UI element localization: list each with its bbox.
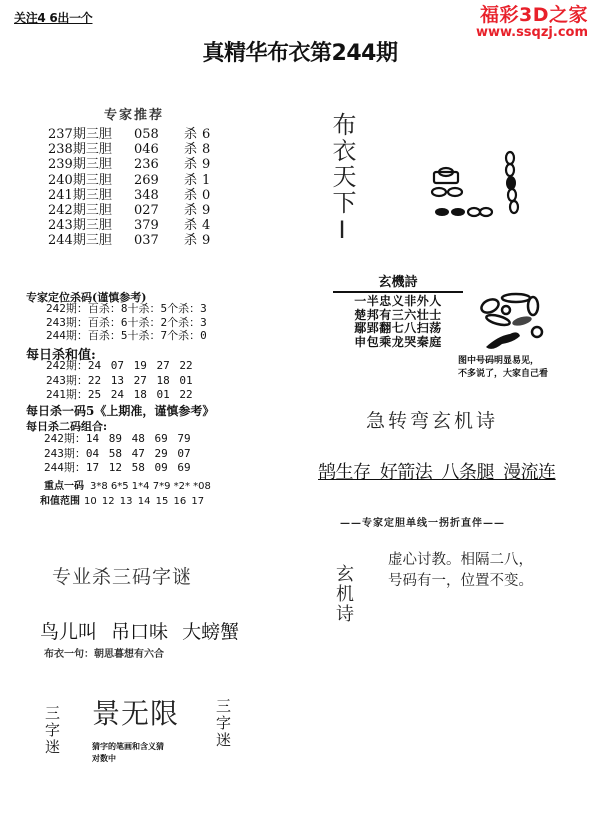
poem-title: 玄機詩: [333, 271, 463, 293]
poem-line: 申包乘龙哭秦庭: [333, 336, 463, 350]
kill-label: 杀: [184, 157, 202, 172]
buyi-line: 布衣一句：朝思暮想有六合: [44, 645, 164, 660]
period: 240期三胆: [48, 173, 134, 188]
list-item: 242期：百杀：8十杀：5个杀：3: [46, 302, 207, 316]
nums: 037: [134, 233, 184, 248]
poem-line: 号码有一，位置不变。: [388, 571, 533, 592]
nums: 236: [134, 157, 184, 172]
period: 241期三胆: [48, 188, 134, 203]
poem-line: 鄢郢翻七八扫荡: [333, 322, 463, 336]
nums: 348: [134, 188, 184, 203]
top-note: 关注4 6出一个: [14, 9, 92, 26]
kill-value: 0: [202, 188, 210, 203]
nums: 058: [134, 127, 184, 142]
scene-note: 猜字的笔画和含义猜对数中: [92, 740, 164, 764]
expert-line: ——专家定胆单线一拐折直伴——: [340, 514, 505, 529]
period: 237期三胆: [48, 127, 134, 142]
kill-label: 杀: [184, 173, 202, 188]
key-code-label: 重点一码: [44, 481, 84, 492]
shoe-rings-icon: [478, 292, 558, 352]
position-kill-list: 242期：百杀：8十杀：5个杀：3 243期：百杀：6十杀：2个杀：3 244期…: [46, 302, 207, 343]
riddle-poem-title: 急转弯玄机诗: [366, 406, 498, 433]
list-item: 242期：14 89 48 69 79: [44, 432, 191, 447]
table-row: 237期三胆058杀6: [48, 127, 210, 142]
kill-label: 杀: [184, 218, 202, 233]
caption-line: 图中号码明显易见，: [458, 355, 548, 368]
kill-label: 杀: [184, 127, 202, 142]
nums: 046: [134, 142, 184, 157]
kill-value: 4: [202, 218, 210, 233]
period: 244期三胆: [48, 233, 134, 248]
image-caption: 图中号码明显易见， 不多说了，大家自己看: [458, 355, 548, 381]
recommend-table: 237期三胆058杀6 238期三胆046杀8 239期三胆236杀9 240期…: [48, 127, 210, 249]
nums: 027: [134, 203, 184, 218]
kill-label: 杀: [184, 142, 202, 157]
sum-range-values: 10 12 13 14 15 16 17: [84, 496, 204, 507]
key-code-row: 重点一码3*8 6*5 1*4 7*9 *2* *08: [44, 477, 211, 492]
ingot-chain-image: [430, 150, 530, 222]
table-row: 238期三胆046杀8: [48, 142, 210, 157]
riddle-title: 专业杀三码字谜: [52, 562, 192, 589]
period: 238期三胆: [48, 142, 134, 157]
table-row: 240期三胆269杀1: [48, 173, 210, 188]
scene-riddle: 景无限: [92, 692, 179, 732]
kill-label: 杀: [184, 203, 202, 218]
table-row: 244期三胆037杀9: [48, 233, 210, 248]
poem-line: 虚心讨教。相隔二八，: [388, 550, 533, 571]
sum-kill-list: 242期：24 07 19 27 22 243期：22 13 27 18 01 …: [46, 359, 193, 403]
sum-range-row: 和值范围10 12 13 14 15 16 17: [40, 492, 204, 507]
nums: 269: [134, 173, 184, 188]
period: 239期三胆: [48, 157, 134, 172]
table-row: 241期三胆348杀0: [48, 188, 210, 203]
period: 242期三胆: [48, 203, 134, 218]
table-row: 243期三胆379杀4: [48, 218, 210, 233]
table-row: 239期三胆236杀9: [48, 157, 210, 172]
one-code-title: 每日杀一码5《上期准，谨慎参考》: [26, 402, 214, 419]
kill-value: 6: [202, 127, 210, 142]
list-item: 241期：25 24 18 01 22: [46, 388, 193, 403]
riddle-poem-words: 鹄生存 好箭法 八条腿 漫流连: [318, 458, 556, 484]
riddle-vertical-right: 三字迷: [213, 698, 234, 749]
kill-label: 杀: [184, 188, 202, 203]
list-item: 244期：百杀：5十杀：7个杀：0: [46, 329, 207, 343]
recommend-title: 专家推荐: [104, 104, 164, 123]
xuanji-vertical: 玄机诗: [335, 564, 357, 624]
kill-value: 9: [202, 233, 210, 248]
list-item: 243期：百杀：6十杀：2个杀：3: [46, 316, 207, 330]
brand-logo[interactable]: 福彩3D之家 www.ssqzj.com: [476, 4, 588, 40]
poem-box: 玄機詩 一半忠义非外人 楚邦有三六壮士 鄢郢翻七八扫荡 申包乘龙哭秦庭: [333, 271, 463, 349]
kill-value: 9: [202, 203, 210, 218]
two-code-list: 242期：14 89 48 69 79 243期：04 58 47 29 07 …: [44, 432, 191, 476]
kill-value: 9: [202, 157, 210, 172]
page-title: 真精华布衣第244期: [0, 36, 600, 67]
xuanji-poem: 虚心讨教。相隔二八， 号码有一，位置不变。: [388, 550, 533, 592]
shoe-rings-image: [478, 292, 558, 352]
table-row: 242期三胆027杀9: [48, 203, 210, 218]
ingot-chain-icon: [430, 150, 530, 222]
kill-label: 杀: [184, 233, 202, 248]
poem-line: 一半忠义非外人: [333, 295, 463, 309]
buyi-vertical-title: 布衣天下I: [325, 112, 355, 246]
brand-name: 福彩3D之家: [476, 4, 588, 26]
nums: 379: [134, 218, 184, 233]
list-item: 243期：04 58 47 29 07: [44, 447, 191, 462]
period: 243期三胆: [48, 218, 134, 233]
key-code-values: 3*8 6*5 1*4 7*9 *2* *08: [90, 481, 211, 492]
sum-range-label: 和值范围: [40, 496, 80, 507]
poem-line: 楚邦有三六壮士: [333, 309, 463, 323]
list-item: 244期：17 12 58 09 69: [44, 461, 191, 476]
caption-line: 不多说了，大家自己看: [458, 368, 548, 381]
kill-value: 1: [202, 173, 210, 188]
list-item: 243期：22 13 27 18 01: [46, 374, 193, 389]
riddle-vertical-left: 三字迷: [42, 705, 63, 756]
list-item: 242期：24 07 19 27 22: [46, 359, 193, 374]
kill-value: 8: [202, 142, 210, 157]
riddle-words: 鸟儿叫 吊口味 大螃蟹: [40, 617, 239, 644]
